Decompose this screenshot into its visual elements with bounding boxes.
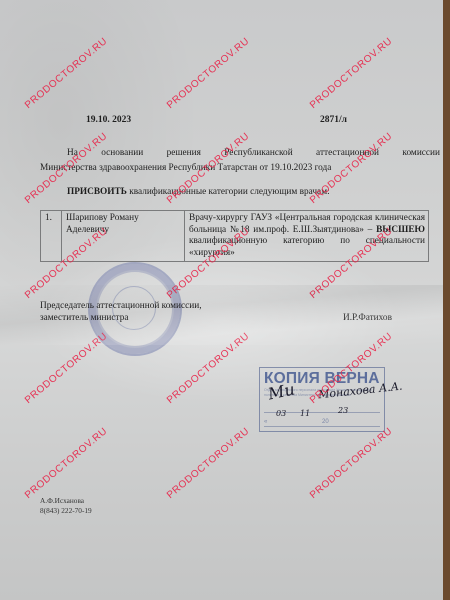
watermark: PRODOCTOROV.RU xyxy=(308,426,395,501)
watermark: PRODOCTOROV.RU xyxy=(23,36,110,111)
basis-line-2: Министерства здравоохранения Республики … xyxy=(40,163,331,173)
stamp-date-prefix: « xyxy=(264,419,267,425)
executor-phone: 8(843) 222-70-19 xyxy=(40,506,92,516)
executor-info: А.Ф.Исханова 8(843) 222-70-19 xyxy=(40,496,92,516)
watermark: PRODOCTOROV.RU xyxy=(165,426,252,501)
watermark: PRODOCTOROV.RU xyxy=(23,331,110,406)
watermark: PRODOCTOROV.RU xyxy=(308,36,395,111)
watermark: PRODOCTOROV.RU xyxy=(165,36,252,111)
assign-statement: ПРИСВОИТЬ квалификационные категории сле… xyxy=(67,187,330,197)
assign-keyword: ПРИСВОИТЬ xyxy=(67,187,127,197)
stamp-year-prefix: 20 xyxy=(322,419,329,425)
executor-name: А.Ф.Исханова xyxy=(40,496,92,506)
order-number: 2871/л xyxy=(320,115,347,125)
handwritten-year: 23 xyxy=(338,406,348,415)
position-line-1: Председатель аттестационной комиссии, xyxy=(40,300,202,312)
document-page: 19.10. 2023 2871/л На основании решения … xyxy=(0,0,443,600)
position-line-2: заместитель министра xyxy=(40,312,202,324)
stamp-date-line xyxy=(264,426,380,427)
order-date: 19.10. 2023 xyxy=(86,115,131,125)
watermark: PRODOCTOROV.RU xyxy=(165,331,252,406)
signatory-name: И.Р.Фатихов xyxy=(343,313,392,323)
signatory-position: Председатель аттестационной комиссии, за… xyxy=(40,300,202,324)
handwritten-month: 11 xyxy=(300,409,310,418)
handwritten-day: 03 xyxy=(276,409,286,418)
row-number: 1. xyxy=(41,211,62,262)
assign-text: квалификационные категории следующим вра… xyxy=(127,187,330,197)
watermark: PRODOCTOROV.RU xyxy=(23,426,110,501)
